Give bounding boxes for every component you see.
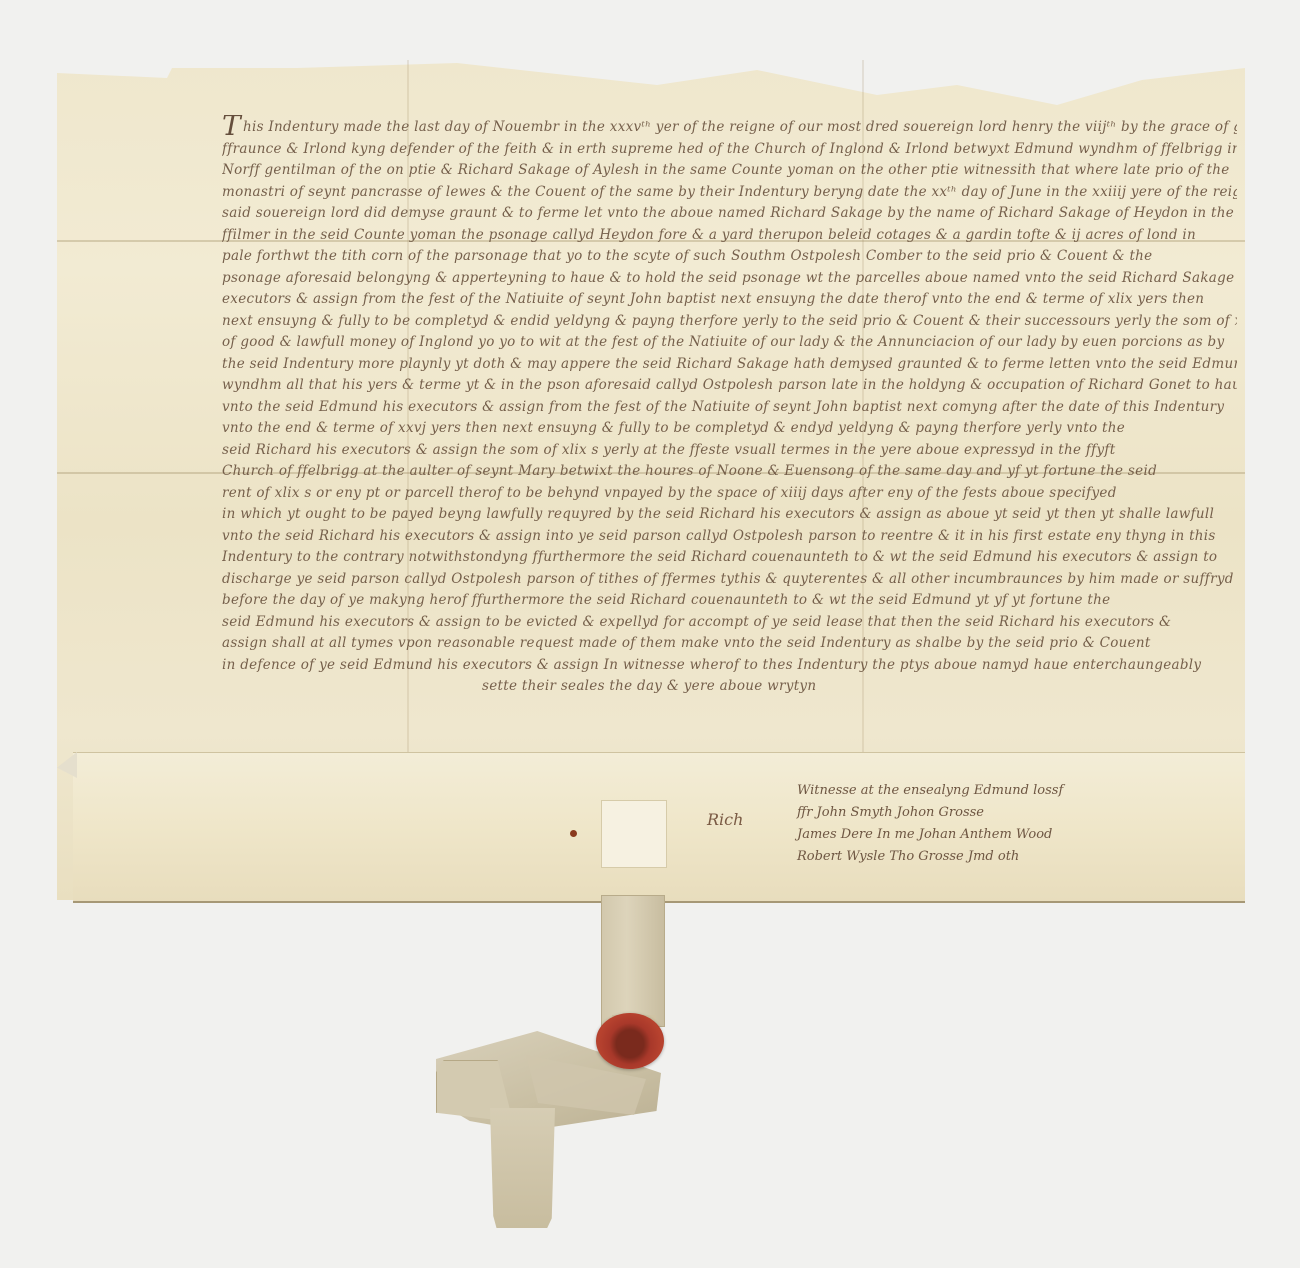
text-line: vnto the end & terme of xxvj yers then n… (222, 418, 1237, 440)
text-line: executors & assign from the fest of the … (222, 289, 1237, 311)
text-line: wyndhm all that his yers & terme yt & in… (222, 375, 1237, 397)
witness-line: Witnesse at the ensealyng Edmund lossf (797, 780, 1247, 802)
seal-tag-slot (601, 800, 667, 868)
indenture-text: This Indentury made the last day of Noue… (222, 115, 1237, 698)
signatory-mark: Rich (707, 810, 743, 829)
witness-attestation: Witnesse at the ensealyng Edmund lossf f… (797, 780, 1247, 868)
text-line: said souereign lord did demyse graunt & … (222, 203, 1237, 225)
text-line: seid Edmund his executors & assign to be… (222, 612, 1237, 634)
wax-drip (570, 830, 577, 837)
seal-tag-strip (601, 895, 665, 1027)
witness-line: Robert Wysle Tho Grosse Jmd oth (797, 846, 1247, 868)
text-line: next ensuyng & fully to be completyd & e… (222, 311, 1237, 333)
witness-line: James Dere In me Johan Anthem Wood (797, 824, 1247, 846)
decorated-initial-t: T (222, 115, 241, 139)
text-line: in which yt ought to be payed beyng lawf… (222, 504, 1237, 526)
folded-tag-tail (490, 1108, 555, 1228)
text-line: rent of xlix s or eny pt or parcell ther… (222, 483, 1237, 505)
text-line: of good & lawfull money of Inglond yo yo… (222, 332, 1237, 354)
text-line: ffraunce & Irlond kyng defender of the f… (222, 139, 1237, 161)
text-line: vnto the seid Richard his executors & as… (222, 526, 1237, 548)
text-line: pale forthwt the tith corn of the parson… (222, 246, 1237, 268)
text-line: ffilmer in the seid Counte yoman the pso… (222, 225, 1237, 247)
text-line: before the day of ye makyng herof ffurth… (222, 590, 1237, 612)
text-line: seid Richard his executors & assign the … (222, 440, 1237, 462)
text-line: sette their seales the day & yere aboue … (222, 676, 1237, 698)
red-wax-seal (596, 1013, 664, 1069)
text-line: in defence of ye seid Edmund his executo… (222, 655, 1237, 677)
text-line: the seid Indentury more playnly yt doth … (222, 354, 1237, 376)
text-line: Indentury to the contrary notwithstondyn… (222, 547, 1237, 569)
text-line: monastri of seynt pancrasse of lewes & t… (222, 182, 1237, 204)
text-line: psonage aforesaid belongyng & apperteyni… (222, 268, 1237, 290)
text-line: This Indentury made the last day of Noue… (222, 115, 1237, 139)
text-line: Norff gentilman of the on ptie & Richard… (222, 160, 1237, 182)
witness-line: ffr John Smyth Johon Grosse (797, 802, 1247, 824)
text-line: Church of ffelbrigg at the aulter of sey… (222, 461, 1237, 483)
text-line: discharge ye seid parson callyd Ostpoles… (222, 569, 1237, 591)
indenture-document: This Indentury made the last day of Noue… (57, 60, 1245, 900)
text-line: vnto the seid Edmund his executors & ass… (222, 397, 1237, 419)
text-line: assign shall at all tymes vpon reasonabl… (222, 633, 1237, 655)
